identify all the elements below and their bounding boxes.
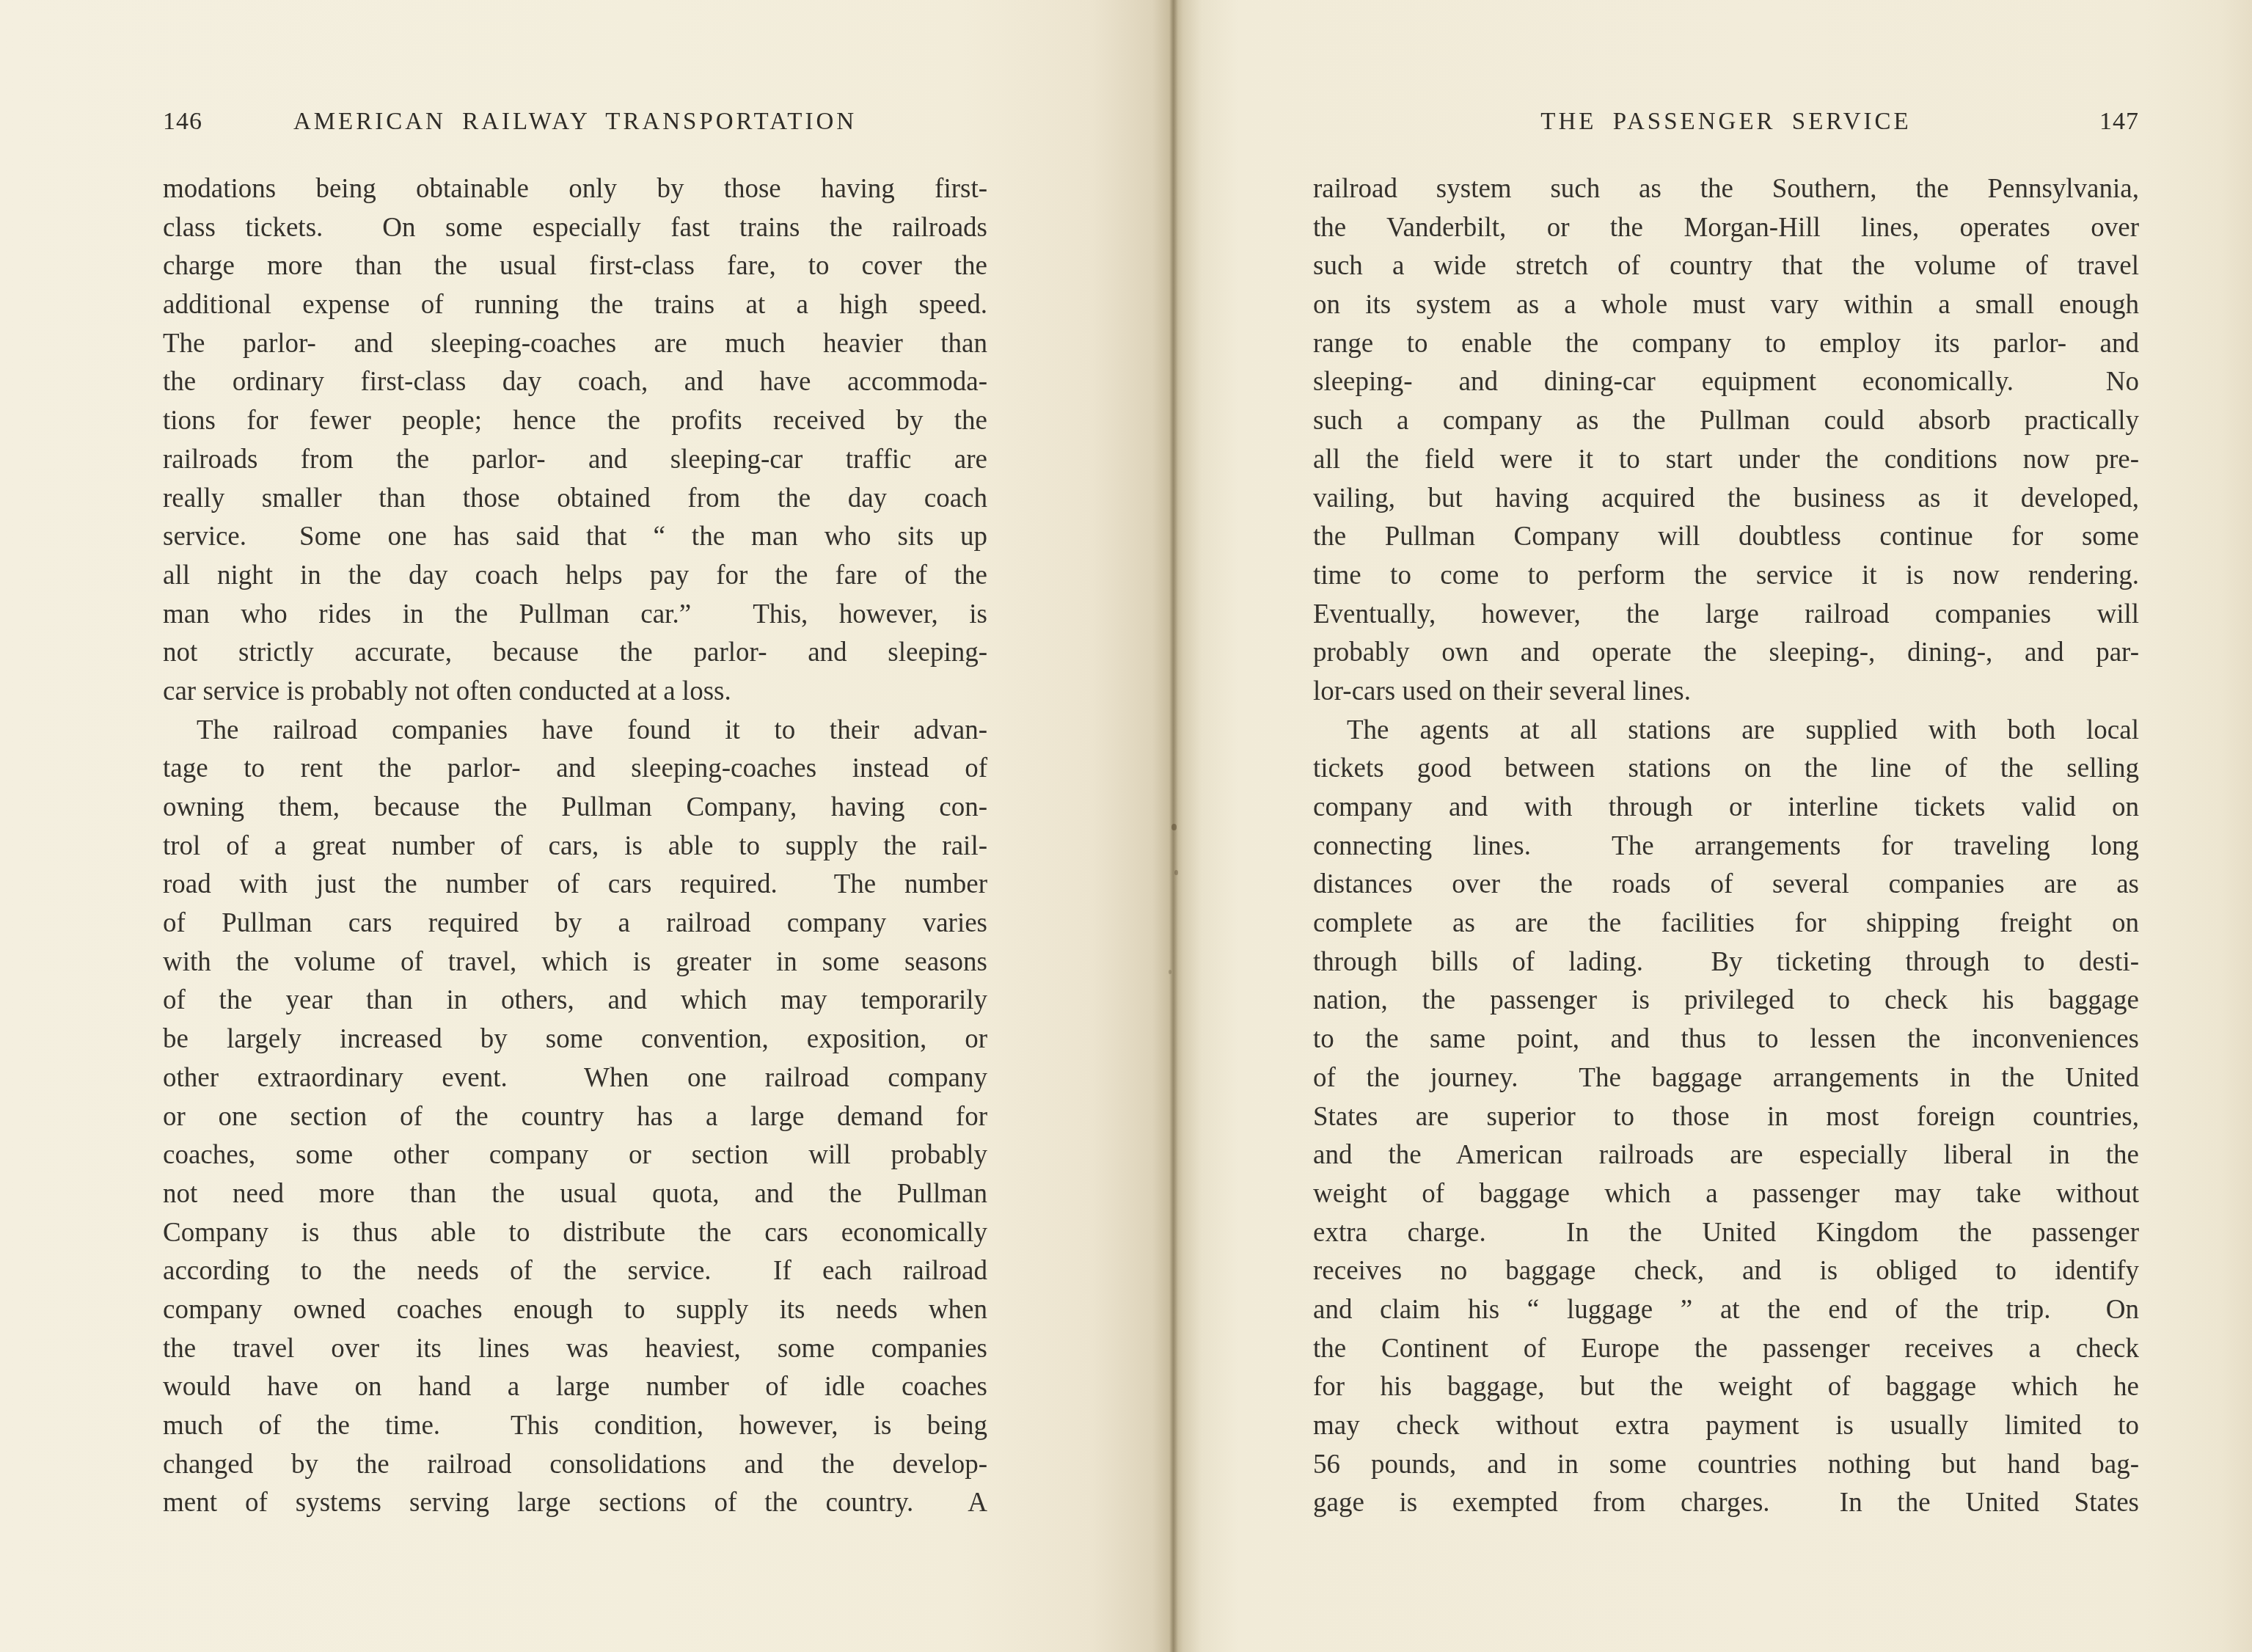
text-line: be largely increased by some convention,…: [163, 1020, 987, 1059]
text-line: Company is thus able to distribute the c…: [163, 1214, 987, 1253]
text-line: road with just the number of cars requir…: [163, 866, 987, 904]
running-head: AMERICAN RAILWAY TRANSPORTATION: [163, 107, 987, 136]
text-line: not need more than the usual quota, and …: [163, 1175, 987, 1214]
text-line: The agents at all stations are supplied …: [1313, 712, 2139, 750]
text-line: nation, the passenger is privileged to c…: [1313, 982, 2139, 1020]
text-line: additional expense of running the trains…: [163, 286, 987, 325]
text-line: of the journey. The baggage arrangements…: [1313, 1059, 2139, 1098]
text-line: such a wide stretch of country that the …: [1313, 247, 2139, 286]
text-line: class tickets. On some especially fast t…: [163, 209, 987, 248]
text-line: receives no baggage check, and is oblige…: [1313, 1252, 2139, 1291]
text-line: distances over the roads of several comp…: [1313, 866, 2139, 904]
text-line: the Continent of Europe the passenger re…: [1313, 1330, 2139, 1369]
left-page-header: 146 AMERICAN RAILWAY TRANSPORTATION: [163, 107, 987, 139]
text-line: lor-cars used on their several lines.: [1313, 673, 2139, 712]
text-line: company and with through or interline ti…: [1313, 789, 2139, 827]
text-line: or one section of the country has a larg…: [163, 1098, 987, 1137]
text-line: tage to rent the parlor- and sleeping-co…: [163, 750, 987, 789]
running-head: THE PASSENGER SERVICE: [1313, 107, 2139, 136]
paper-speck: [1171, 824, 1177, 830]
text-line: ment of systems serving large sections o…: [163, 1484, 987, 1523]
text-line: changed by the railroad consolidations a…: [163, 1446, 987, 1485]
text-line: trol of a great number of cars, is able …: [163, 827, 987, 866]
text-line: modations being obtainable only by those…: [163, 170, 987, 209]
text-line: of the year than in others, and which ma…: [163, 982, 987, 1020]
text-line: other extraordinary event. When one rail…: [163, 1059, 987, 1098]
text-line: States are superior to those in most for…: [1313, 1098, 2139, 1137]
text-line: Eventually, however, the large railroad …: [1313, 596, 2139, 635]
text-line: such a company as the Pullman could abso…: [1313, 402, 2139, 441]
text-line: through bills of lading. By ticketing th…: [1313, 943, 2139, 982]
text-line: vailing, but having acquired the busines…: [1313, 480, 2139, 519]
text-line: gage is exempted from charges. In the Un…: [1313, 1484, 2139, 1523]
text-line: The railroad companies have found it to …: [163, 712, 987, 750]
text-line: of Pullman cars required by a railroad c…: [163, 904, 987, 943]
book-spread: 146 AMERICAN RAILWAY TRANSPORTATION THE …: [0, 0, 2252, 1652]
text-line: the travel over its lines was heaviest, …: [163, 1330, 987, 1369]
text-line: service. Some one has said that “ the ma…: [163, 518, 987, 557]
text-line: railroads from the parlor- and sleeping-…: [163, 441, 987, 480]
text-line: to the same point, and thus to lessen th…: [1313, 1020, 2139, 1059]
text-line: the Pullman Company will doubtless conti…: [1313, 518, 2139, 557]
text-line: coaches, some other company or section w…: [163, 1136, 987, 1175]
text-line: sleeping- and dining-car equipment econo…: [1313, 363, 2139, 402]
text-line: probably own and operate the sleeping-, …: [1313, 634, 2139, 673]
text-line: charge more than the usual first-class f…: [163, 247, 987, 286]
text-line: tickets good between stations on the lin…: [1313, 750, 2139, 789]
text-line: 56 pounds, and in some countries nothing…: [1313, 1446, 2139, 1485]
right-text-column: railroad system such as the Southern, th…: [1313, 170, 2139, 1523]
text-line: all night in the day coach helps pay for…: [163, 557, 987, 596]
text-line: for his baggage, but the weight of bagga…: [1313, 1368, 2139, 1407]
text-line: according to the needs of the service. I…: [163, 1252, 987, 1291]
text-line: much of the time. This condition, howeve…: [163, 1407, 987, 1446]
text-line: on its system as a whole must vary withi…: [1313, 286, 2139, 325]
text-line: and the American railroads are especiall…: [1313, 1136, 2139, 1175]
text-line: all the field were it to start under the…: [1313, 441, 2139, 480]
page-number: 147: [2099, 107, 2139, 136]
text-line: railroad system such as the Southern, th…: [1313, 170, 2139, 209]
text-line: complete as are the facilities for shipp…: [1313, 904, 2139, 943]
text-line: not strictly accurate, because the parlo…: [163, 634, 987, 673]
text-line: with the volume of travel, which is grea…: [163, 943, 987, 982]
left-text-column: modations being obtainable only by those…: [163, 170, 987, 1523]
text-line: weight of baggage which a passenger may …: [1313, 1175, 2139, 1214]
text-line: owning them, because the Pullman Company…: [163, 789, 987, 827]
text-line: company owned coaches enough to supply i…: [163, 1291, 987, 1330]
text-line: time to come to perform the service it i…: [1313, 557, 2139, 596]
paper-speck: [1174, 870, 1178, 875]
text-line: car service is probably not often conduc…: [163, 673, 987, 712]
text-line: connecting lines. The arrangements for t…: [1313, 827, 2139, 866]
text-line: The parlor- and sleeping-coaches are muc…: [163, 325, 987, 364]
paper-speck: [1169, 970, 1171, 974]
text-line: would have on hand a large number of idl…: [163, 1368, 987, 1407]
text-line: range to enable the company to employ it…: [1313, 325, 2139, 364]
right-page-header: THE PASSENGER SERVICE 147: [1313, 107, 2139, 139]
text-line: man who rides in the Pullman car.” This,…: [163, 596, 987, 635]
text-line: may check without extra payment is usual…: [1313, 1407, 2139, 1446]
text-line: extra charge. In the United Kingdom the …: [1313, 1214, 2139, 1253]
page-number: 146: [163, 107, 202, 136]
text-line: tions for fewer people; hence the profit…: [163, 402, 987, 441]
text-line: the Vanderbilt, or the Morgan-Hill lines…: [1313, 209, 2139, 248]
text-line: really smaller than those obtained from …: [163, 480, 987, 519]
text-line: the ordinary first-class day coach, and …: [163, 363, 987, 402]
text-line: and claim his “ luggage ” at the end of …: [1313, 1291, 2139, 1330]
